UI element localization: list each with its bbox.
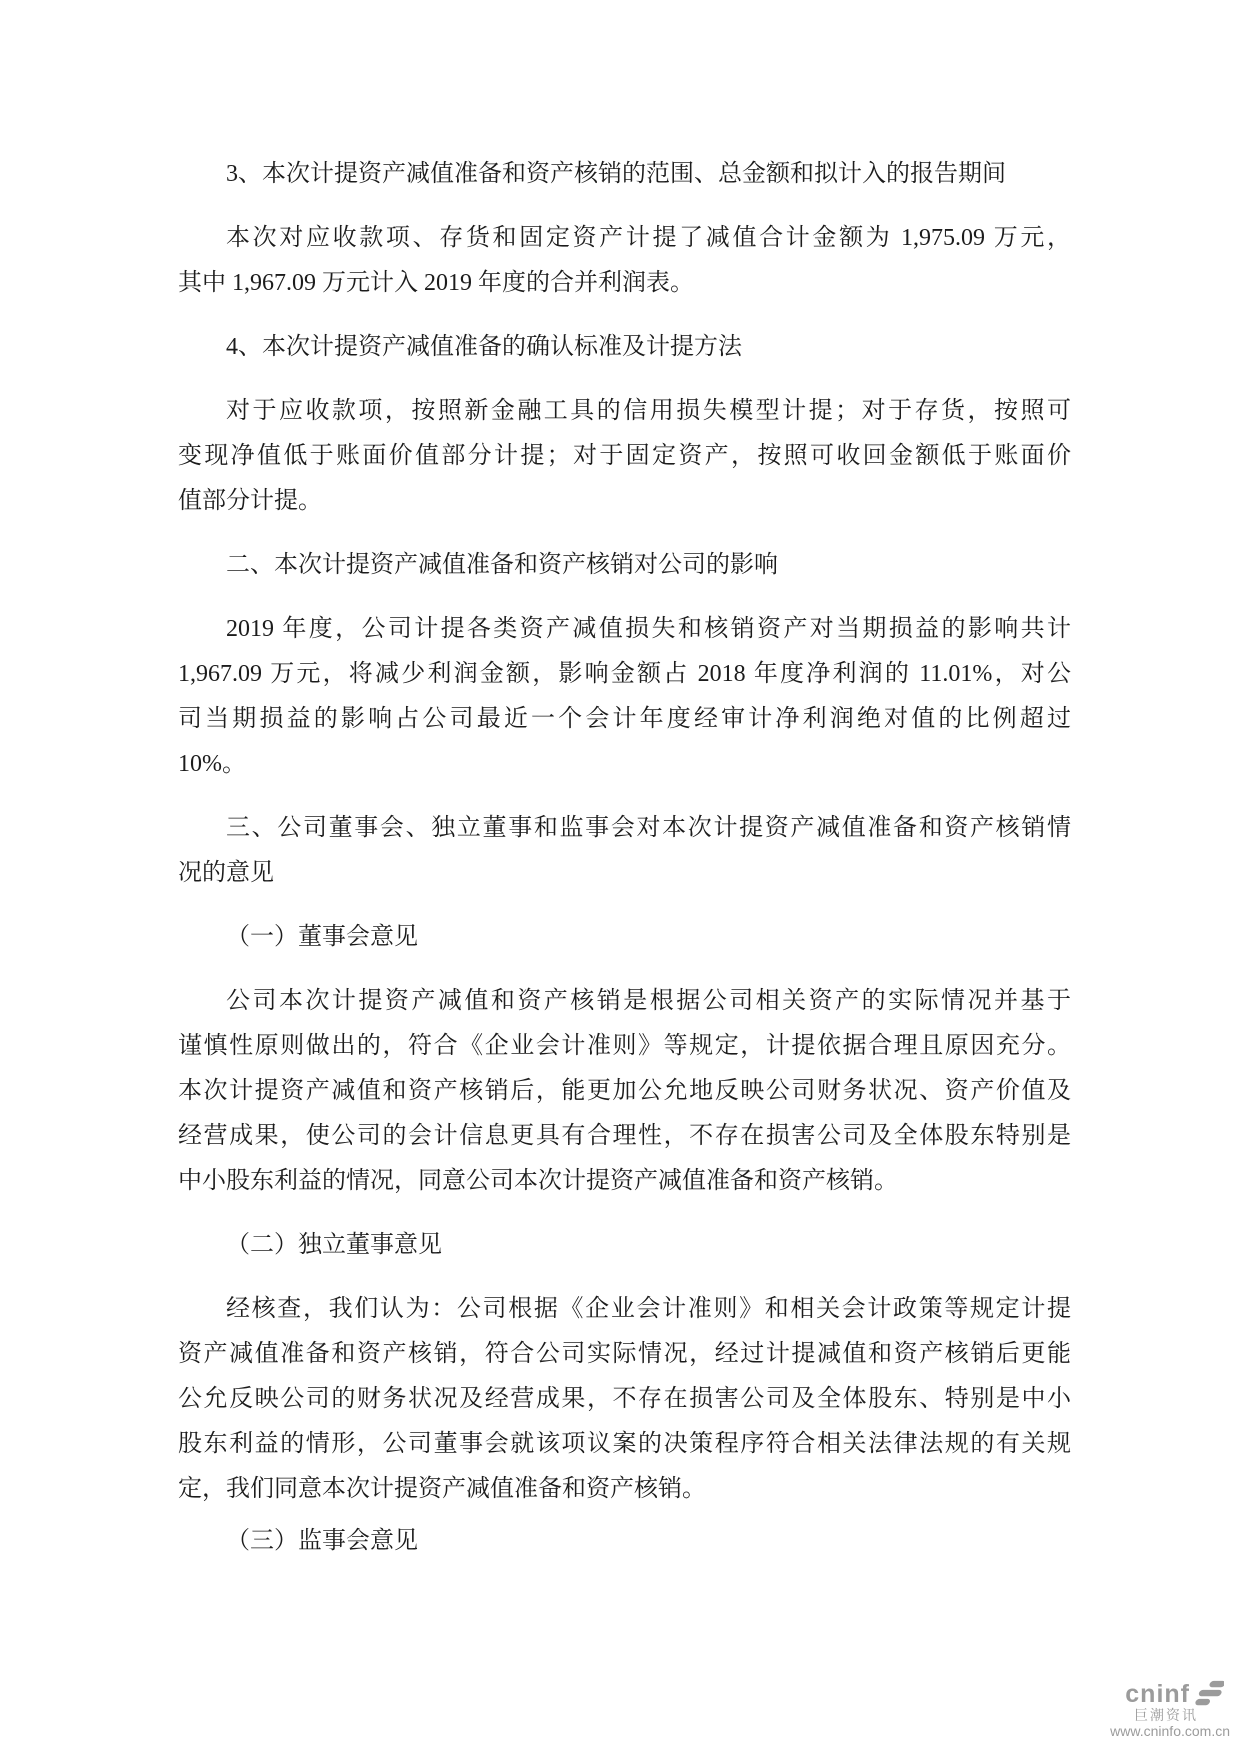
cninfo-watermark: cninf 巨潮资讯 www.cninfo.com.cn: [1110, 1680, 1230, 1739]
text-line: 10%。: [178, 742, 1071, 787]
section-heading: 3、本次计提资产减值准备和资产核销的范围、总金额和拟计入的报告期间: [178, 152, 1071, 197]
section-heading: （二）独立董事意见: [178, 1223, 1071, 1268]
cninfo-logo-row: cninf: [1125, 1680, 1224, 1707]
text-line: 2019 年度，公司计提各类资产减值损失和核销资产对当期损益的影响共计: [178, 607, 1071, 652]
body-paragraph: 对于应收款项，按照新金融工具的信用损失模型计提；对于存货，按照可变现净值低于账面…: [178, 389, 1071, 524]
cninfo-swirl-icon: [1194, 1680, 1224, 1707]
body-paragraph: 经核查，我们认为：公司根据《企业会计准则》和相关会计政策等规定计提资产减值准备和…: [178, 1287, 1071, 1512]
text-line: （二）独立董事意见: [178, 1223, 1071, 1268]
text-line: 况的意见: [178, 851, 1071, 896]
text-line: 二、本次计提资产减值准备和资产核销对公司的影响: [178, 543, 1071, 588]
text-line: 司当期损益的影响占公司最近一个会计年度经审计净利润绝对值的比例超过: [178, 697, 1071, 742]
section-heading: 二、本次计提资产减值准备和资产核销对公司的影响: [178, 543, 1071, 588]
text-line: 资产减值准备和资产核销，符合公司实际情况，经过计提减值和资产核销后更能: [178, 1332, 1071, 1377]
section-heading: （一）董事会意见: [178, 915, 1071, 960]
text-line: 谨慎性原则做出的，符合《企业会计准则》等规定，计提依据合理且原因充分。: [178, 1024, 1071, 1069]
text-line: 股东利益的情形，公司董事会就该项议案的决策程序符合相关法律法规的有关规: [178, 1422, 1071, 1467]
cninfo-url: www.cninfo.com.cn: [1110, 1724, 1230, 1739]
document-page: { "page": { "background_color": "#ffffff…: [0, 0, 1241, 1754]
text-line: 公司本次计提资产减值和资产核销是根据公司相关资产的实际情况并基于: [178, 979, 1071, 1024]
text-line: 中小股东利益的情况，同意公司本次计提资产减值准备和资产核销。: [178, 1159, 1071, 1204]
cninfo-chinese-name: 巨潮资讯: [1134, 1708, 1198, 1723]
text-line: 本次对应收款项、存货和固定资产计提了减值合计金额为 1,975.09 万元，: [178, 216, 1071, 261]
cninfo-logo-text: cninf: [1125, 1682, 1190, 1706]
text-line: （三）监事会意见: [178, 1519, 1071, 1564]
text-line: 对于应收款项，按照新金融工具的信用损失模型计提；对于存货，按照可: [178, 389, 1071, 434]
section-heading: 三、公司董事会、独立董事和监事会对本次计提资产减值准备和资产核销情况的意见: [178, 806, 1071, 896]
text-line: 其中 1,967.09 万元计入 2019 年度的合并利润表。: [178, 261, 1071, 306]
section-heading: 4、本次计提资产减值准备的确认标准及计提方法: [178, 325, 1071, 370]
body-paragraph: 本次对应收款项、存货和固定资产计提了减值合计金额为 1,975.09 万元，其中…: [178, 216, 1071, 306]
text-line: 公允反映公司的财务状况及经营成果，不存在损害公司及全体股东、特别是中小: [178, 1377, 1071, 1422]
document-body: 3、本次计提资产减值准备和资产核销的范围、总金额和拟计入的报告期间本次对应收款项…: [178, 152, 1071, 1583]
text-line: 1,967.09 万元，将减少利润金额，影响金额占 2018 年度净利润的 11…: [178, 652, 1071, 697]
text-line: 变现净值低于账面价值部分计提；对于固定资产，按照可收回金额低于账面价: [178, 434, 1071, 479]
text-line: 三、公司董事会、独立董事和监事会对本次计提资产减值准备和资产核销情: [178, 806, 1071, 851]
text-line: 经营成果，使公司的会计信息更具有合理性，不存在损害公司及全体股东特别是: [178, 1114, 1071, 1159]
text-line: 值部分计提。: [178, 479, 1071, 524]
text-line: 4、本次计提资产减值准备的确认标准及计提方法: [178, 325, 1071, 370]
text-line: （一）董事会意见: [178, 915, 1071, 960]
body-paragraph: 公司本次计提资产减值和资产核销是根据公司相关资产的实际情况并基于谨慎性原则做出的…: [178, 979, 1071, 1204]
body-paragraph: 2019 年度，公司计提各类资产减值损失和核销资产对当期损益的影响共计1,967…: [178, 607, 1071, 787]
text-line: 本次计提资产减值和资产核销后，能更加公允地反映公司财务状况、资产价值及: [178, 1069, 1071, 1114]
text-line: 定，我们同意本次计提资产减值准备和资产核销。: [178, 1467, 1071, 1512]
text-line: 经核查，我们认为：公司根据《企业会计准则》和相关会计政策等规定计提: [178, 1287, 1071, 1332]
section-heading: （三）监事会意见: [178, 1519, 1071, 1564]
text-line: 3、本次计提资产减值准备和资产核销的范围、总金额和拟计入的报告期间: [178, 152, 1071, 197]
